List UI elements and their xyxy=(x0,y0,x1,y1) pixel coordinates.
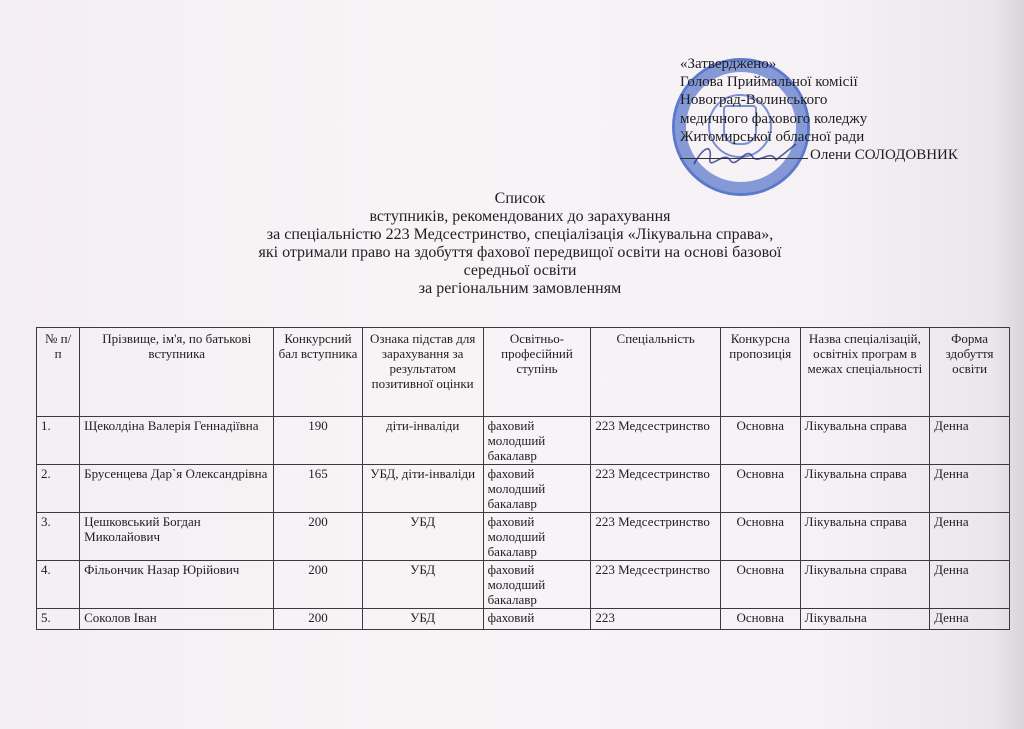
table-row: 4.Фільончик Назар Юрійович200УБДфаховий … xyxy=(37,561,1010,609)
enrollment-basis-cell: УБД xyxy=(362,561,483,609)
approval-line: Новоград-Волинського xyxy=(680,91,958,109)
title-line: вступників, рекомендованих до зарахуванн… xyxy=(200,208,840,226)
education-degree-cell: фаховий молодший бакалавр xyxy=(483,561,591,609)
table-row: 2.Брусенцева Дар`я Олександрівна165УБД, … xyxy=(37,465,1010,513)
competitive-offer-cell: Основна xyxy=(720,417,800,465)
competitive-offer-cell: Основна xyxy=(720,609,800,630)
education-degree-cell: фаховий молодший бакалавр xyxy=(483,465,591,513)
header-degree: Освітньо-професійний ступінь xyxy=(483,328,591,417)
header-name: Прізвище, ім'я, по батькові вступника xyxy=(80,328,274,417)
header-offer: Конкурсна пропозиція xyxy=(720,328,800,417)
competitive-offer-cell: Основна xyxy=(720,465,800,513)
study-form-cell: Денна xyxy=(930,609,1010,630)
specialty-cell: 223 Медсестринство xyxy=(591,513,720,561)
education-degree-cell: фаховий xyxy=(483,609,591,630)
specialty-cell: 223 Медсестринство xyxy=(591,465,720,513)
table-row: 1.Щеколдіна Валерія Геннадіївна190діти-і… xyxy=(37,417,1010,465)
title-line: середньої освіти xyxy=(200,262,840,280)
competitive-score-cell: 200 xyxy=(274,513,362,561)
header-basis: Ознака підстав для зарахування за резуль… xyxy=(362,328,483,417)
competitive-offer-cell: Основна xyxy=(720,561,800,609)
title-line: за регіональним замовленням xyxy=(200,280,840,298)
signatory-line: Олени СОЛОДОВНИК xyxy=(680,146,958,164)
competitive-offer-cell: Основна xyxy=(720,513,800,561)
document-title: Список вступників, рекомендованих до зар… xyxy=(200,190,840,298)
education-degree-cell: фаховий молодший бакалавр xyxy=(483,513,591,561)
approval-line: «Затверджено» xyxy=(680,55,958,73)
specialty-cell: 223 xyxy=(591,609,720,630)
study-form-cell: Денна xyxy=(930,417,1010,465)
row-number-cell: 4. xyxy=(37,561,80,609)
specialty-cell: 223 Медсестринство xyxy=(591,561,720,609)
enrollment-basis-cell: УБД xyxy=(362,513,483,561)
applicant-name-cell: Щеколдіна Валерія Геннадіївна xyxy=(80,417,274,465)
header-program: Назва спеціалізацій, освітніх програм в … xyxy=(800,328,929,417)
specialization-program-cell: Лікувальна справа xyxy=(800,513,929,561)
specialization-program-cell: Лікувальна справа xyxy=(800,465,929,513)
applicant-name-cell: Соколов Іван xyxy=(80,609,274,630)
applicants-table: № п/ п Прізвище, ім'я, по батькові вступ… xyxy=(36,327,1010,630)
title-line: які отримали право на здобуття фахової п… xyxy=(200,244,840,262)
table-header-row: № п/ п Прізвище, ім'я, по батькові вступ… xyxy=(37,328,1010,417)
enrollment-basis-cell: УБД xyxy=(362,609,483,630)
specialty-cell: 223 Медсестринство xyxy=(591,417,720,465)
study-form-cell: Денна xyxy=(930,561,1010,609)
approval-block: «Затверджено» Голова Приймальної комісії… xyxy=(680,55,958,164)
competitive-score-cell: 200 xyxy=(274,609,362,630)
row-number-cell: 2. xyxy=(37,465,80,513)
table-row: 3.Цешковський Богдан Миколайович200УБДфа… xyxy=(37,513,1010,561)
education-degree-cell: фаховий молодший бакалавр xyxy=(483,417,591,465)
table-row: 5.Соколов Іван200УБДфаховий223ОсновнаЛік… xyxy=(37,609,1010,630)
competitive-score-cell: 165 xyxy=(274,465,362,513)
header-number: № п/ п xyxy=(37,328,80,417)
approval-line: Житомирської обласної ради xyxy=(680,128,958,146)
row-number-cell: 3. xyxy=(37,513,80,561)
scanned-page: «Затверджено» Голова Приймальної комісії… xyxy=(0,0,1024,729)
competitive-score-cell: 190 xyxy=(274,417,362,465)
signatory-name: Олени СОЛОДОВНИК xyxy=(810,147,958,163)
study-form-cell: Денна xyxy=(930,465,1010,513)
header-form: Форма здобуття освіти xyxy=(930,328,1010,417)
enrollment-basis-cell: діти-інваліди xyxy=(362,417,483,465)
approval-line: Голова Приймальної комісії xyxy=(680,73,958,91)
competitive-score-cell: 200 xyxy=(274,561,362,609)
study-form-cell: Денна xyxy=(930,513,1010,561)
approval-line: медичного фахового коледжу xyxy=(680,110,958,128)
row-number-cell: 1. xyxy=(37,417,80,465)
header-score: Конкурсний бал вступника xyxy=(274,328,362,417)
signature-line xyxy=(680,158,808,159)
title-line: Список xyxy=(200,190,840,208)
enrollment-basis-cell: УБД, діти-інваліди xyxy=(362,465,483,513)
applicant-name-cell: Фільончик Назар Юрійович xyxy=(80,561,274,609)
specialization-program-cell: Лікувальна справа xyxy=(800,417,929,465)
header-specialty: Спеціальність xyxy=(591,328,720,417)
specialization-program-cell: Лікувальна справа xyxy=(800,561,929,609)
applicant-name-cell: Брусенцева Дар`я Олександрівна xyxy=(80,465,274,513)
row-number-cell: 5. xyxy=(37,609,80,630)
applicant-name-cell: Цешковський Богдан Миколайович xyxy=(80,513,274,561)
specialization-program-cell: Лікувальна xyxy=(800,609,929,630)
title-line: за спеціальністю 223 Медсестринство, спе… xyxy=(200,226,840,244)
